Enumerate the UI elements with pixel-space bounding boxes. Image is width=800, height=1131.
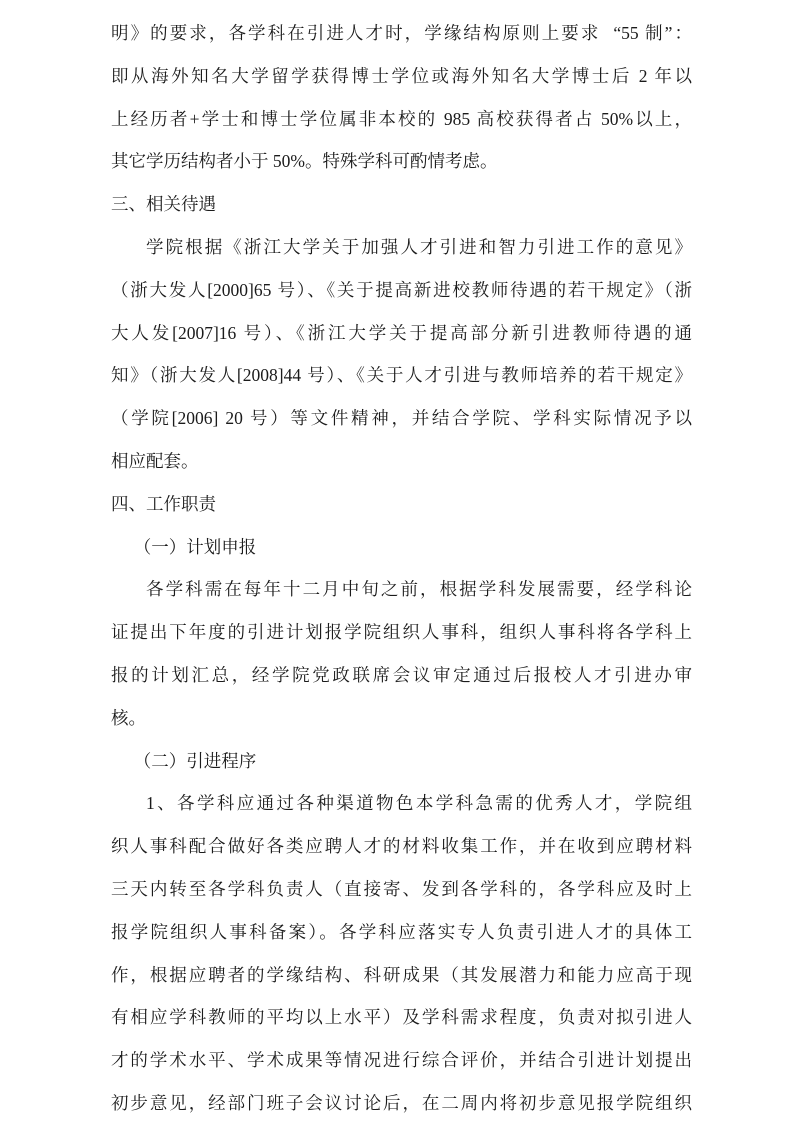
text-line: （一）计划申报 — [111, 526, 692, 569]
text-line: 三天内转至各学科负责人（直接寄、发到各学科的，各学科应及时上 — [111, 868, 692, 911]
text-line: 有相应学科教师的平均以上水平）及学科需求程度，负责对拟引进人 — [111, 996, 692, 1039]
text-line: 作，根据应聘者的学缘结构、科研成果（其发展潜力和能力应高于现 — [111, 954, 692, 997]
text-line: 即从海外知名大学留学获得博士学位或海外知名大学博士后 2 年以 — [111, 55, 692, 98]
text-line: 明》的要求，各学科在引进人才时，学缘结构原则上要求 “55 制”： — [111, 12, 692, 55]
text-line: 初步意见，经部门班子会议讨论后，在二周内将初步意见报学院组织 — [111, 1082, 692, 1125]
text-line: 1、各学科应通过各种渠道物色本学科急需的优秀人才，学院组 — [111, 782, 692, 825]
text-line: （学院[2006] 20 号）等文件精神，并结合学院、学科实际情况予以 — [111, 397, 692, 440]
text-line: 织人事科配合做好各类应聘人才的材料收集工作，并在收到应聘材料 — [111, 825, 692, 868]
text-line: 各学科需在每年十二月中旬之前，根据学科发展需要，经学科论 — [111, 568, 692, 611]
text-line: （浙大发人[2000]65 号）、《关于提高新进校教师待遇的若干规定》（浙 — [111, 269, 692, 312]
document-page: 明》的要求，各学科在引进人才时，学缘结构原则上要求 “55 制”：即从海外知名大… — [0, 0, 800, 1131]
text-line: 大人发[2007]16 号）、《浙江大学关于提高部分新引进教师待遇的通 — [111, 312, 692, 355]
text-line: （二）引进程序 — [111, 740, 692, 783]
text-line: 报学院组织人事科备案）。各学科应落实专人负责引进人才的具体工 — [111, 911, 692, 954]
text-line: 其它学历结构者小于 50%。特殊学科可酌情考虑。 — [111, 140, 692, 183]
text-line: 才的学术水平、学术成果等情况进行综合评价，并结合引进计划提出 — [111, 1039, 692, 1082]
text-line: 三、相关待遇 — [111, 183, 692, 226]
text-line: 证提出下年度的引进计划报学院组织人事科，组织人事科将各学科上 — [111, 611, 692, 654]
text-line: 报的计划汇总，经学院党政联席会议审定通过后报校人才引进办审 — [111, 654, 692, 697]
text-line: 知》（浙大发人[2008]44 号）、《关于人才引进与教师培养的若干规定》 — [111, 354, 692, 397]
text-line: 四、工作职责 — [111, 483, 692, 526]
document-body: 明》的要求，各学科在引进人才时，学缘结构原则上要求 “55 制”：即从海外知名大… — [111, 12, 692, 1125]
text-line: 上经历者+学士和博士学位属非本校的 985 高校获得者占 50%以上， — [111, 98, 692, 141]
text-line: 学院根据《浙江大学关于加强人才引进和智力引进工作的意见》 — [111, 226, 692, 269]
text-line: 相应配套。 — [111, 440, 692, 483]
text-line: 核。 — [111, 697, 692, 740]
